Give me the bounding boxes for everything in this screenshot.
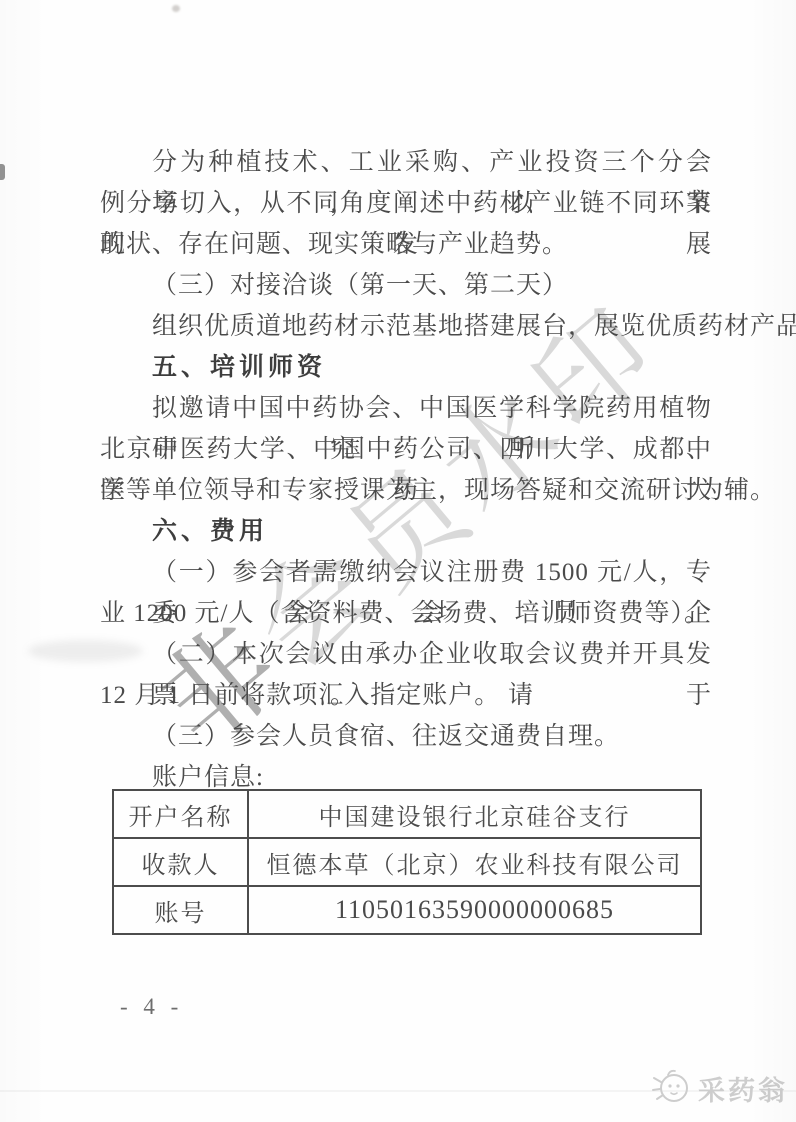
table-row: 账号 11050163590000000685 — [113, 886, 701, 934]
account-name-value: 中国建设银行北京硅谷支行 — [248, 790, 701, 838]
paragraph-line: （三）对接洽谈（第一天、第二天） — [100, 265, 712, 306]
paragraph-line: 例分享切入，从不同角度阐述中药材产业链不同环节的发展 — [100, 183, 712, 224]
section-heading-fees: 六、费用 — [100, 511, 712, 552]
account-number-value: 11050163590000000685 — [248, 886, 701, 934]
paragraph-line: 拟邀请中国中药协会、中国医学科学院药用植物研究所、 — [100, 388, 712, 429]
paragraph-line: 业 1200 元/人（含资料费、会场费、培训师资费等）。 — [100, 593, 712, 634]
herb-picker-mascot-icon — [650, 1066, 692, 1111]
paragraph-line: 学等单位领导和专家授课为主，现场答疑和交流研讨为辅。 — [100, 470, 712, 511]
table-row: 开户名称 中国建设银行北京硅谷支行 — [113, 790, 701, 838]
paragraph-line: 北京中医药大学、中国中药公司、四川大学、成都中医药大 — [100, 429, 712, 470]
payee-value: 恒德本草（北京）农业科技有限公司 — [248, 838, 701, 886]
paragraph-line: （三）参会人员食宿、往返交通费自理。 — [100, 716, 712, 757]
brand-logo-text: 采药翁 — [698, 1069, 788, 1108]
account-number-label: 账号 — [113, 886, 248, 934]
table-row: 收款人 恒德本草（北京）农业科技有限公司 — [113, 838, 701, 886]
section-heading-training-faculty: 五、培训师资 — [100, 347, 712, 388]
scan-speck — [172, 5, 180, 12]
scan-edge-mark — [0, 164, 5, 180]
brand-logo: 采药翁 — [650, 1066, 788, 1111]
page-number: - 4 - — [120, 994, 183, 1020]
paragraph-line: （二）本次会议由承办企业收取会议费并开具发票。请于 — [100, 634, 712, 675]
document-body: 分为种植技术、工业采购、产业投资三个分会场，以案 例分享切入，从不同角度阐述中药… — [100, 142, 712, 798]
paragraph-line: 分为种植技术、工业采购、产业投资三个分会场，以案 — [100, 142, 712, 183]
payee-label: 收款人 — [113, 838, 248, 886]
paragraph-line: 组织优质道地药材示范基地搭建展台，展览优质药材产品。 — [100, 306, 712, 347]
bank-account-table: 开户名称 中国建设银行北京硅谷支行 收款人 恒德本草（北京）农业科技有限公司 账… — [112, 789, 702, 935]
account-name-label: 开户名称 — [113, 790, 248, 838]
paragraph-line: （一）参会者需缴纳会议注册费 1500 元/人，专委会会员企 — [100, 552, 712, 593]
scanned-document-page: 非会员水印 分为种植技术、工业采购、产业投资三个分会场，以案 例分享切入，从不同… — [0, 0, 796, 1122]
